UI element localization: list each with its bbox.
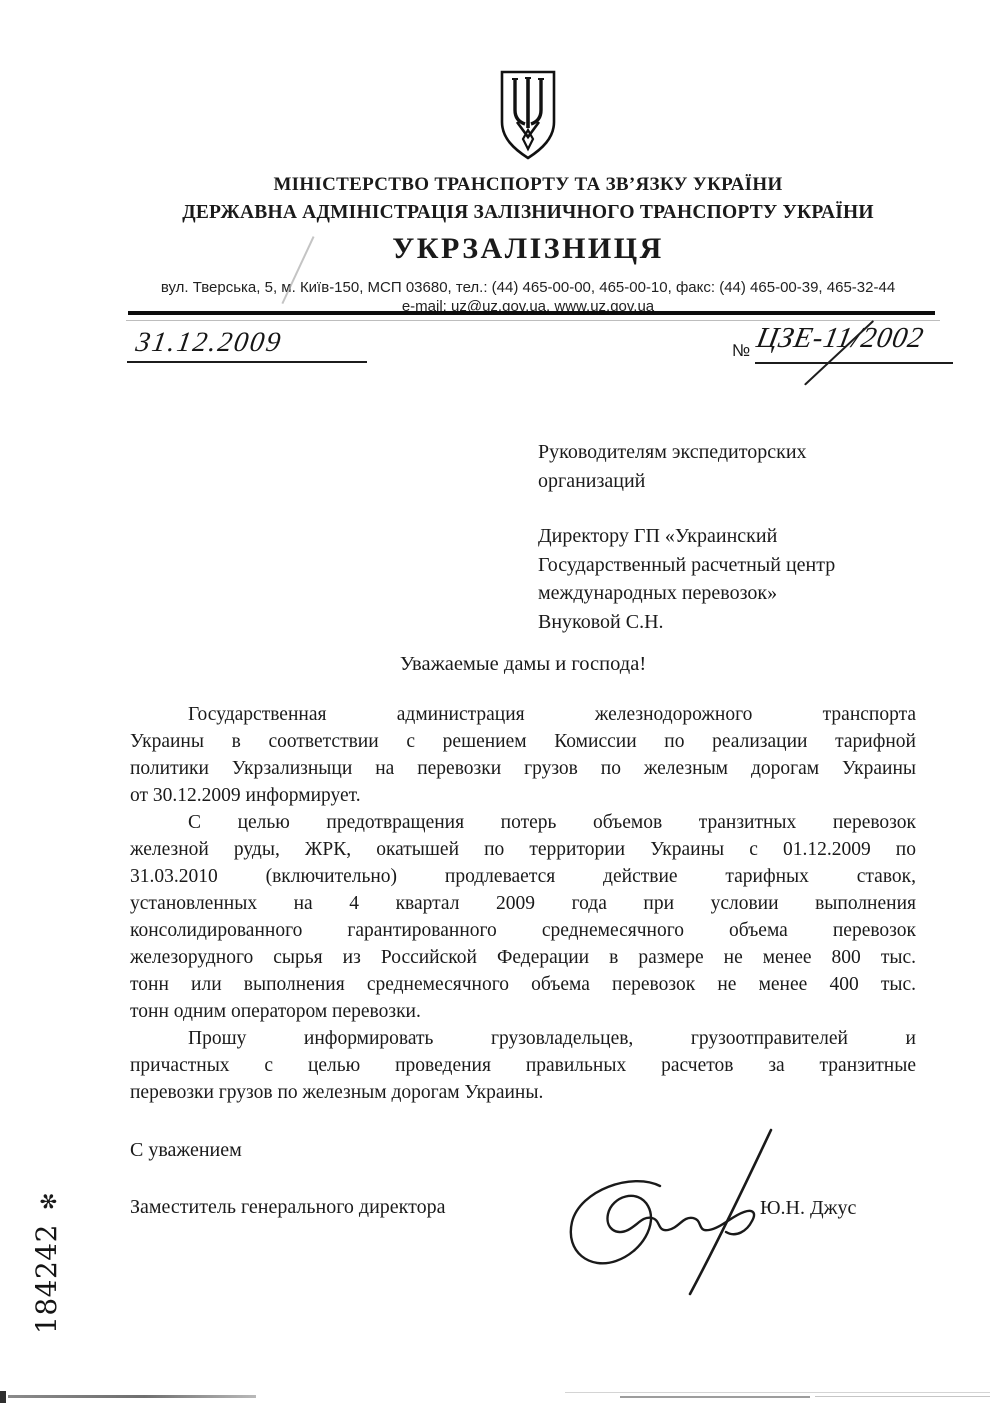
body-line: железорудного сырья из Российской Федера… xyxy=(130,944,916,971)
scan-artifact-line xyxy=(620,1396,810,1398)
recipient-line: международных перевозок» xyxy=(538,579,938,608)
organization-name: УКРЗАЛІЗНИЦЯ xyxy=(64,232,992,266)
reference-number-underline xyxy=(755,362,953,364)
body-line: причастных с целью проведения правильных… xyxy=(130,1052,916,1079)
body-line: тонн или выполнения среднемесячного объе… xyxy=(130,971,916,998)
body-line: установленных на 4 квартал 2009 года при… xyxy=(130,890,916,917)
body-line: политики Укрзализныци на перевозки грузо… xyxy=(130,755,916,782)
body-line: Государственная администрация железнодор… xyxy=(130,701,916,728)
body-line: от 30.12.2009 информирует. xyxy=(130,782,916,809)
reference-number-label: № xyxy=(732,341,750,361)
scan-artifact-line xyxy=(815,1396,990,1397)
body-line: железной руды, ЖРК, окатышей по территор… xyxy=(130,836,916,863)
administration-line: ДЕРЖАВНА АДМІНІСТРАЦІЯ ЗАЛІЗНИЧНОГО ТРАН… xyxy=(64,202,992,224)
recipient-block: Руководителям экспедиторских организаций… xyxy=(538,438,938,636)
letterhead-divider-thick xyxy=(128,311,935,315)
letter-body: Государственная администрация железнодор… xyxy=(130,701,916,1106)
registration-number: 184242 xyxy=(30,1224,63,1334)
asterisk-stamp-icon: ✻ xyxy=(37,1192,61,1210)
closing-regards: С уважением xyxy=(130,1139,242,1162)
body-line: 31.03.2010 (включительно) продлевается д… xyxy=(130,863,916,890)
recipient-line: организаций xyxy=(538,467,938,496)
recipient-line: Государственный расчетный центр xyxy=(538,551,938,580)
registration-stamp: 184242✻ xyxy=(30,1164,63,1334)
signer-name: Ю.Н. Джус xyxy=(760,1197,856,1220)
body-line: Прошу информировать грузовладельцев, гру… xyxy=(130,1025,916,1052)
address-line: вул. Тверська, 5, м. Київ-150, МСП 03680… xyxy=(64,279,992,296)
handwritten-signature-icon xyxy=(540,1124,780,1309)
scan-artifact-line xyxy=(565,1392,990,1393)
body-line: тонн одним оператором перевозки. xyxy=(130,998,916,1025)
recipient-line: Директору ГП «Украинский xyxy=(538,522,938,551)
body-line: Украины в соответствии с решением Комисс… xyxy=(130,728,916,755)
body-line: С целью предотвращения потерь объемов тр… xyxy=(130,809,916,836)
ministry-line: МІНІСТЕРСТВО ТРАНСПОРТУ ТА ЗВ’ЯЗКУ УКРАЇ… xyxy=(64,174,992,196)
recipient-line: Руководителям экспедиторских xyxy=(538,438,938,467)
body-line: перевозки грузов по железным дорогам Укр… xyxy=(130,1079,916,1106)
recipient-line: Внуковой С.Н. xyxy=(538,608,938,637)
document-date-handwritten: 31.12.2009 xyxy=(133,327,284,359)
signer-position: Заместитель генерального директора xyxy=(130,1196,446,1219)
salutation: Уважаемые дамы и господа! xyxy=(130,653,916,676)
date-underline xyxy=(127,361,367,363)
letterhead: МІНІСТЕРСТВО ТРАНСПОРТУ ТА ЗВ’ЯЗКУ УКРАЇ… xyxy=(64,70,992,315)
scan-artifact-corner xyxy=(0,1391,6,1403)
letterhead-divider-thin xyxy=(126,320,940,321)
ukraine-trident-emblem-icon xyxy=(499,70,557,160)
body-line: консолидированного гарантированного сред… xyxy=(130,917,916,944)
scanned-letter-page: МІНІСТЕРСТВО ТРАНСПОРТУ ТА ЗВ’ЯЗКУ УКРАЇ… xyxy=(0,0,992,1403)
scan-artifact-line xyxy=(8,1395,256,1398)
